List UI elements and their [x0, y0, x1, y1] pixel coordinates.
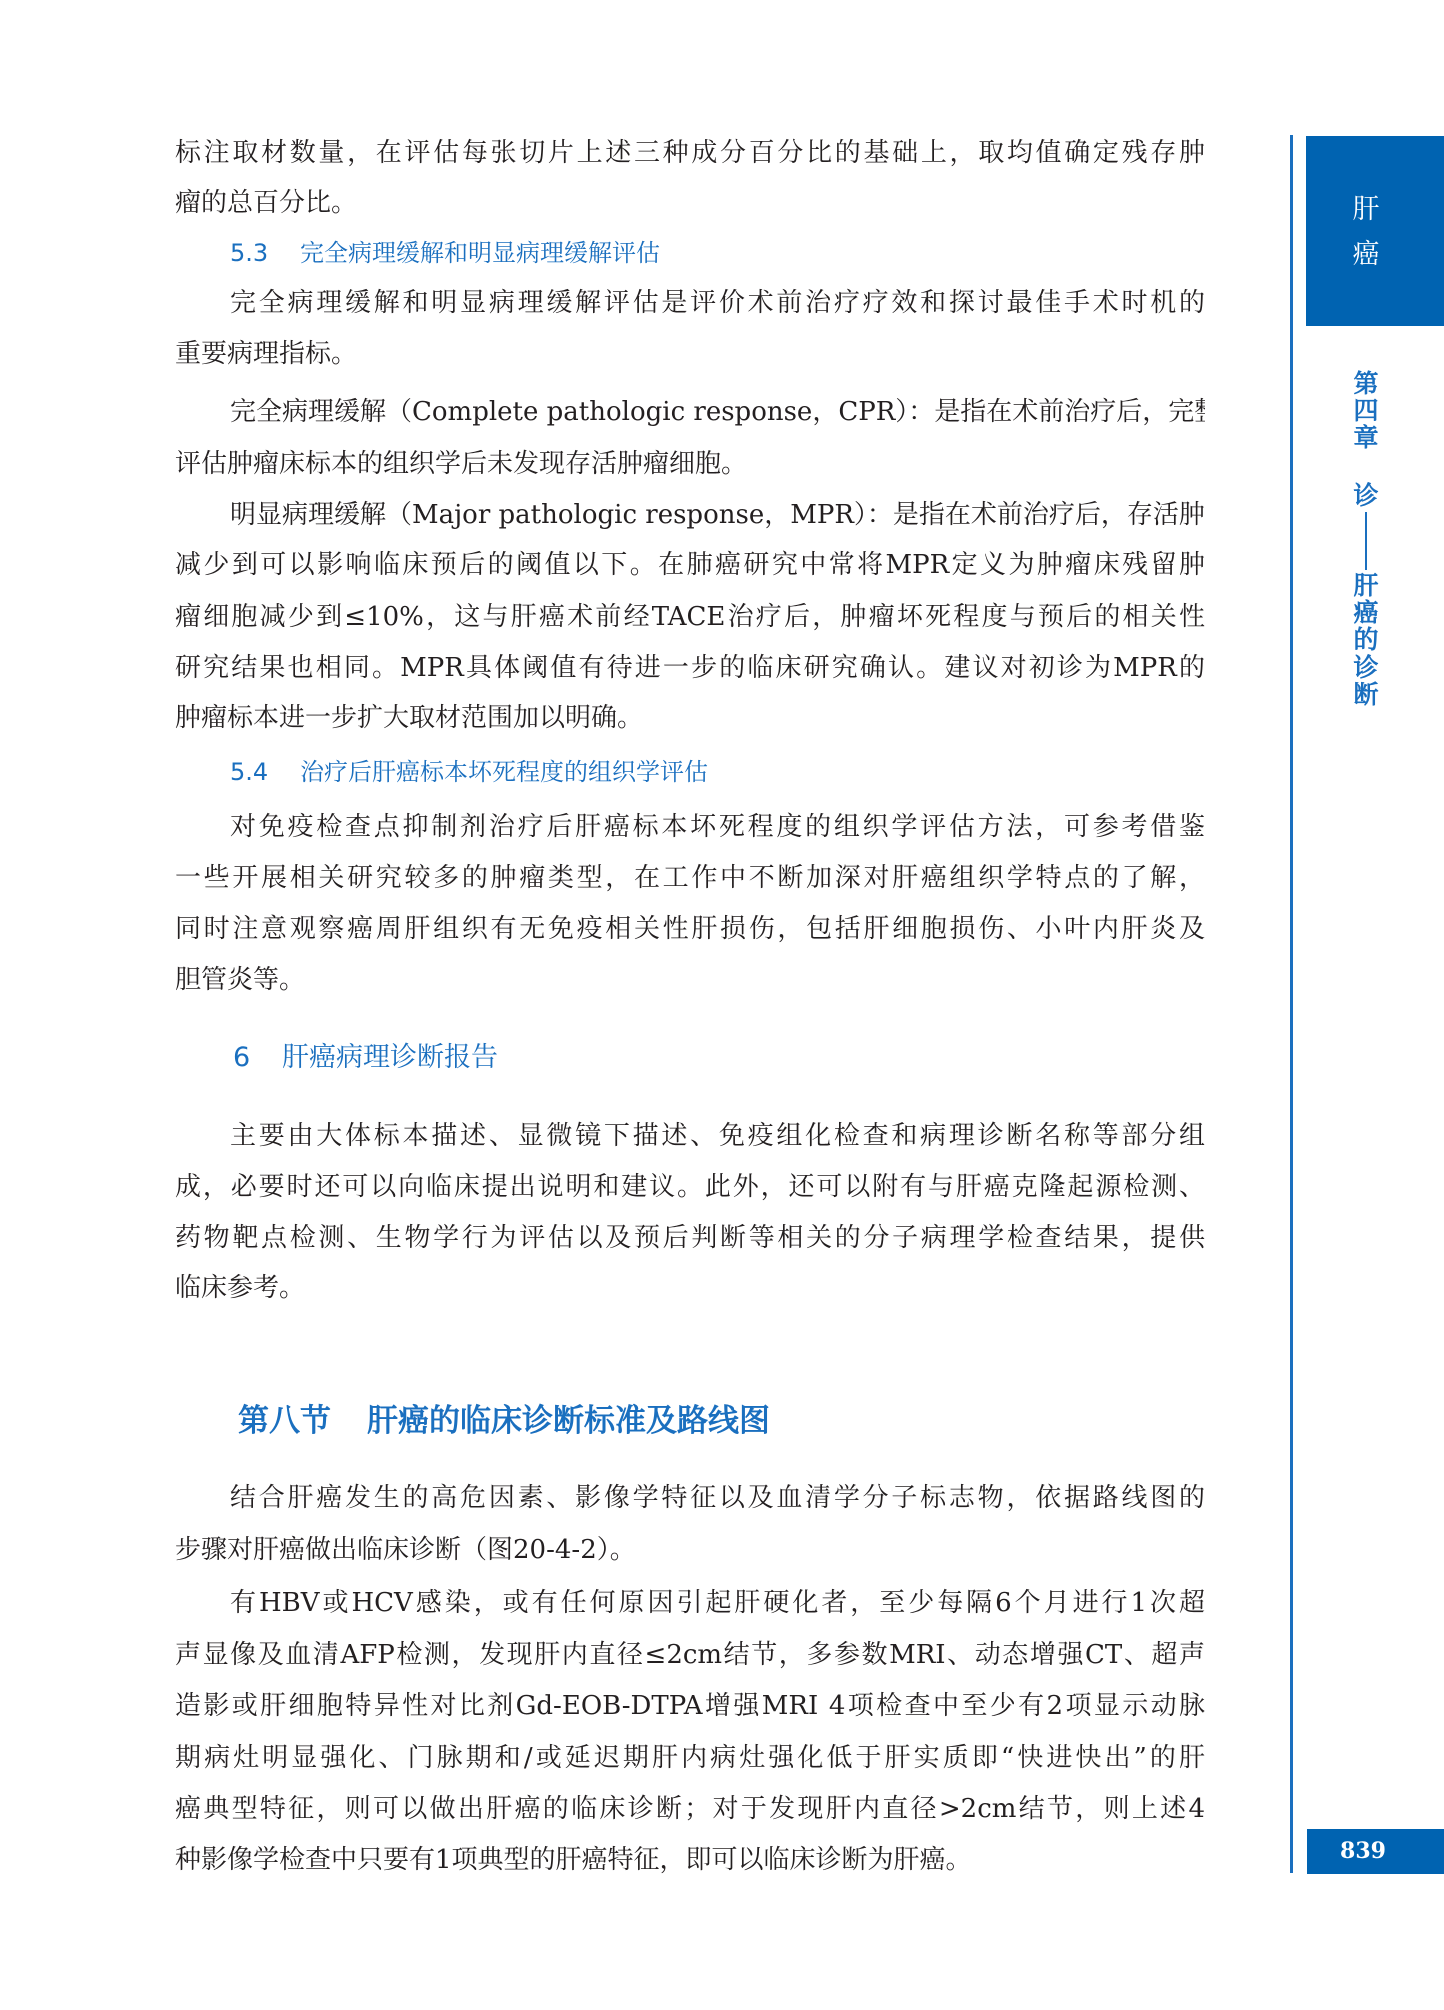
side-tab-char: 肝 [1306, 195, 1426, 225]
paragraph-line: 癌典型特征，则可以做出肝癌的临床诊断；对于发现肝内直径>2cm结节，则上述4 [175, 1791, 1205, 1827]
paragraph-line: 主要由大体标本描述、显微镜下描述、免疫组化检查和病理诊断名称等部分组 [230, 1118, 1205, 1154]
subsection-heading-6: 6 肝癌病理诊断报告 [233, 1038, 733, 1078]
chapter-label-char: 诊 [1352, 654, 1380, 682]
paragraph-line: 标注取材数量，在评估每张切片上述三种成分百分比的基础上，取均值确定残存肿 [175, 135, 1205, 171]
section-number: 第八节 [238, 1403, 331, 1439]
paragraph-line: 对免疫检查点抑制剂治疗后肝癌标本坏死程度的组织学评估方法，可参考借鉴 [230, 809, 1205, 845]
heading-title: 肝癌病理诊断报告 [282, 1038, 498, 1078]
chapter-label-char: 断 [1352, 681, 1380, 709]
paragraph-line: 明显病理缓解（Major pathologic response，MPR）：是指… [230, 497, 1205, 533]
paragraph-line: 一些开展相关研究较多的肿瘤类型，在工作中不断加深对肝癌组织学特点的了解， [175, 860, 1205, 896]
chapter-label-char: 章 [1352, 424, 1380, 452]
paragraph-line: 期病灶明显强化、门脉期和/或延迟期肝内病灶强化低于肝实质即“快进快出”的肝 [175, 1740, 1205, 1776]
section-title: 第八节肝癌的临床诊断标准及路线图 [238, 1400, 770, 1442]
chapter-label-char: 肝 [1352, 572, 1380, 600]
side-tab-char: 癌 [1306, 240, 1426, 270]
subsection-heading-5-4: 5.4 治疗后肝癌标本坏死程度的组织学评估 [230, 754, 930, 790]
chapter-label-char: 四 [1352, 397, 1380, 425]
paragraph-line: 声显像及血清AFP检测，发现肝内直径≤2cm结节，多参数MRI、动态增强CT、超… [175, 1637, 1205, 1673]
paragraph-line: 评估肿瘤床标本的组织学后未发现存活肿瘤细胞。 [175, 446, 1205, 482]
paragraph-line: 同时注意观察癌周肝组织有无免疫相关性肝损伤，包括肝细胞损伤、小叶内肝炎及 [175, 911, 1205, 947]
paragraph-line: 造影或肝细胞特异性对比剂Gd-EOB-DTPA增强MRI 4项检查中至少有2项显… [175, 1688, 1205, 1724]
paragraph-line: 有HBV或HCV感染，或有任何原因引起肝硬化者，至少每隔6个月进行1次超 [230, 1585, 1205, 1621]
heading-number: 6 [233, 1038, 250, 1078]
chapter-label-char: 诊 [1352, 482, 1380, 510]
chapter-label-char: 第 [1352, 370, 1380, 398]
paragraph-line: 肿瘤标本进一步扩大取材范围加以明确。 [175, 700, 1205, 736]
heading-title: 治疗后肝癌标本坏死程度的组织学评估 [300, 754, 708, 790]
paragraph-line: 完全病理缓解和明显病理缓解评估是评价术前治疗疗效和探讨最佳手术时机的 [230, 285, 1205, 321]
paragraph-line: 瘤的总百分比。 [175, 185, 1205, 221]
paragraph-line: 瘤细胞减少到≤10%，这与肝癌术前经TACE治疗后，肿瘤坏死程度与预后的相关性 [175, 599, 1205, 635]
heading-number: 5.4 [230, 754, 268, 790]
paragraph-line: 完全病理缓解（Complete pathologic response，CPR）… [230, 394, 1205, 430]
page-number-box: 839 [1307, 1829, 1444, 1874]
section-title-text: 肝癌的临床诊断标准及路线图 [367, 1403, 770, 1439]
margin-vertical-rule [1290, 135, 1293, 1873]
chapter-label-char: 癌 [1352, 599, 1380, 627]
paragraph-line: 减少到可以影响临床预后的阈值以下。在肺癌研究中常将MPR定义为肿瘤床残留肿 [175, 547, 1205, 583]
paragraph-line: 临床参考。 [175, 1270, 1205, 1306]
book-page: 标注取材数量，在评估每张切片上述三种成分百分比的基础上，取均值确定残存肿 瘤的总… [0, 0, 1444, 2010]
paragraph-line: 步骤对肝癌做出临床诊断（图20-4-2）。 [175, 1532, 1205, 1568]
paragraph-line: 重要病理指标。 [175, 336, 1205, 372]
paragraph-line: 成，必要时还可以向临床提出说明和建议。此外，还可以附有与肝癌克隆起源检测、 [175, 1169, 1205, 1205]
chapter-label-dash [1365, 512, 1367, 570]
paragraph-line: 结合肝癌发生的高危因素、影像学特征以及血清学分子标志物，依据路线图的 [230, 1480, 1205, 1516]
paragraph-line: 药物靶点检测、生物学行为评估以及预后判断等相关的分子病理学检查结果，提供 [175, 1220, 1205, 1256]
paragraph-line: 研究结果也相同。MPR具体阈值有待进一步的临床研究确认。建议对初诊为MPR的 [175, 650, 1205, 686]
chapter-label-char: 的 [1352, 626, 1380, 654]
paragraph-line: 胆管炎等。 [175, 962, 1205, 998]
page-number: 839 [1307, 1829, 1419, 1874]
chapter-side-tab: 肝 癌 [1306, 136, 1444, 326]
heading-title: 完全病理缓解和明显病理缓解评估 [300, 235, 660, 271]
paragraph-line: 种影像学检查中只要有1项典型的肝癌特征，即可以临床诊断为肝癌。 [175, 1842, 1205, 1878]
heading-number: 5.3 [230, 235, 268, 271]
subsection-heading-5-3: 5.3 完全病理缓解和明显病理缓解评估 [230, 235, 830, 271]
